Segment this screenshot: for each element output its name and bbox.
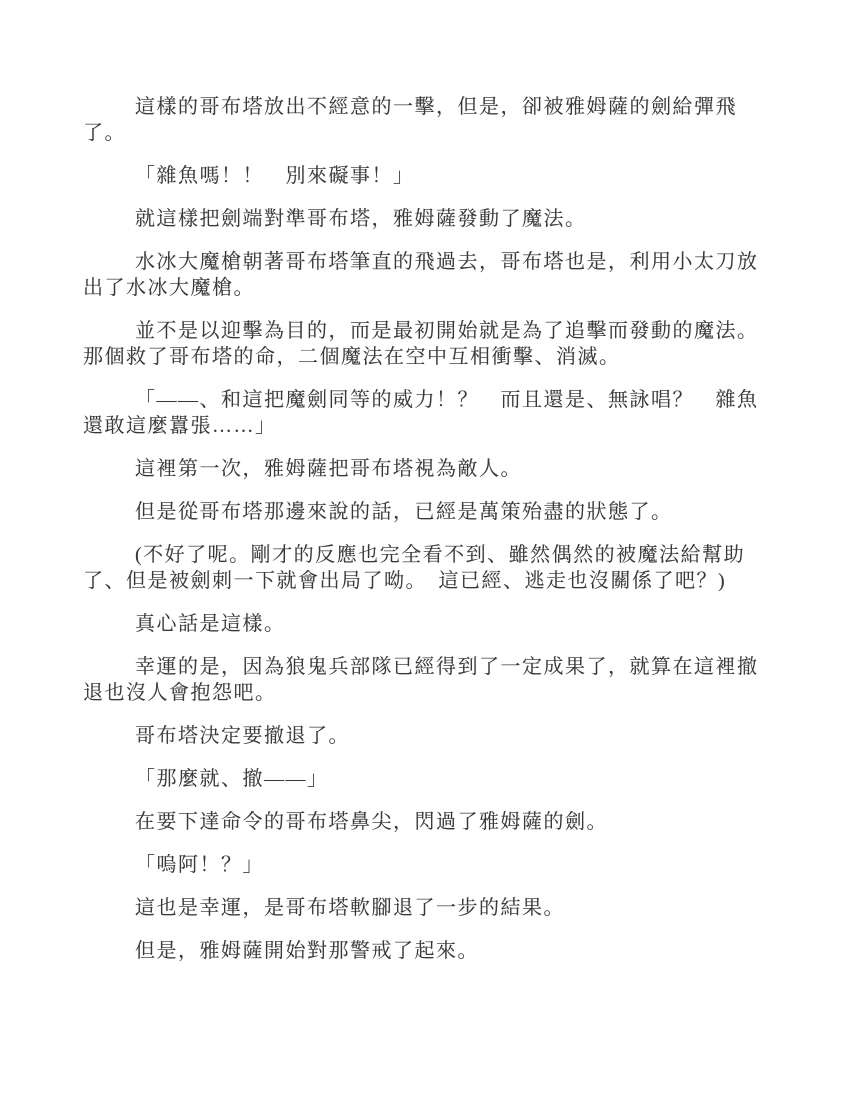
novel-page: 這樣的哥布塔放出不經意的一擊，但是，卻被雅姆薩的劍給彈飛了。 「雜魚嗎！！ 別來… [0,0,850,1100]
paragraph-dialogue: 「——、和這把魔劍同等的威力！？ 而且還是、無詠唱？ 雜魚還敢這麼囂張……」 [83,387,765,439]
paragraph: 這也是幸運，是哥布塔軟腳退了一步的結果。 [83,895,765,921]
paragraph-inner-thought: (不好了呢。剛才的反應也完全看不到、雖然偶然的被魔法給幫助了、但是被劍刺一下就會… [83,542,765,594]
paragraph: 但是，雅姆薩開始對那警戒了起來。 [83,938,765,964]
paragraph-dialogue: 「嗚阿！？」 [83,852,765,878]
paragraph: 並不是以迎擊為目的，而是最初開始就是為了追擊而發動的魔法。 那個救了哥布塔的命，… [83,318,765,370]
paragraph-dialogue: 「那麼就、撤——」 [83,766,765,792]
paragraph: 水冰大魔槍朝著哥布塔筆直的飛過去，哥布塔也是，利用小太刀放出了水冰大魔槍。 [83,249,765,301]
paragraph: 哥布塔決定要撤退了。 [83,723,765,749]
paragraph: 這樣的哥布塔放出不經意的一擊，但是，卻被雅姆薩的劍給彈飛了。 [83,94,765,146]
paragraph: 真心話是這樣。 [83,611,765,637]
paragraph: 這裡第一次，雅姆薩把哥布塔視為敵人。 [83,456,765,482]
paragraph: 就這樣把劍端對準哥布塔，雅姆薩發動了魔法。 [83,206,765,232]
paragraph: 但是從哥布塔那邊來說的話，已經是萬策殆盡的狀態了。 [83,499,765,525]
paragraph-dialogue: 「雜魚嗎！！ 別來礙事！」 [83,163,765,189]
paragraph: 在要下達命令的哥布塔鼻尖，閃過了雅姆薩的劍。 [83,809,765,835]
paragraph: 幸運的是，因為狼鬼兵部隊已經得到了一定成果了，就算在這裡撤退也沒人會抱怨吧。 [83,654,765,706]
